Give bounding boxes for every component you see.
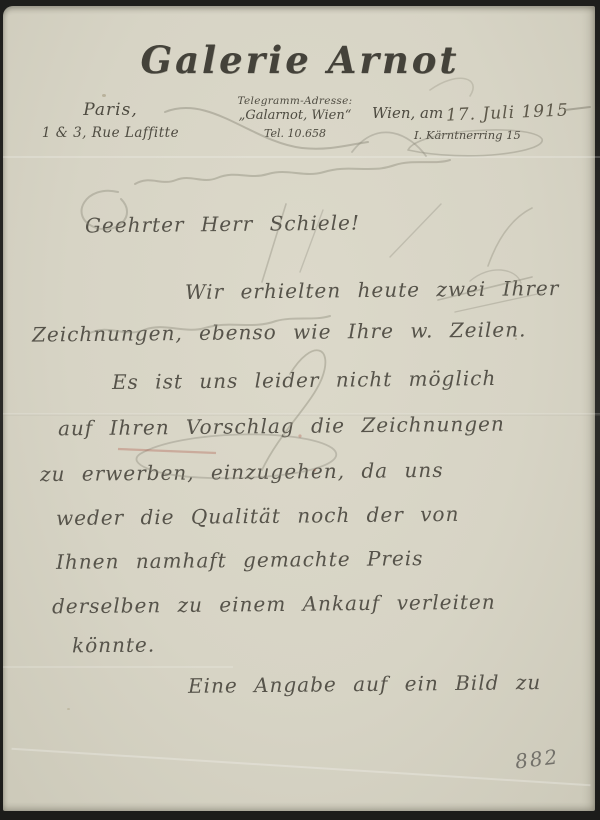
handwritten-date: 17. Juli 1915: [446, 100, 570, 125]
handwritten-line: derselben zu einem Ankauf verleiten: [52, 590, 496, 619]
paper-crease: [3, 156, 600, 158]
handwritten-line: Ihnen namhaft gemachte Preis: [56, 546, 424, 574]
paper-speck: [67, 708, 70, 710]
paper-speck: [102, 94, 106, 97]
paper-crease: [3, 666, 233, 668]
letterhead-telegram-label: Telegramm-Adresse:: [224, 95, 366, 107]
salutation-line: Geehrter Herr Schiele!: [85, 211, 360, 238]
handwritten-line: auf Ihren Vorschlag die Zeichnungen: [58, 412, 505, 441]
letterhead-paris-city: Paris,: [28, 100, 193, 120]
letterhead-gallery-name: Galerie Arnot: [0, 38, 600, 82]
handwritten-line: könnte.: [72, 633, 155, 658]
handwritten-line: weder die Qualität noch der von: [56, 502, 460, 530]
letterhead-telephone: Tel. 10.658: [224, 127, 366, 140]
paper-crease: [12, 748, 591, 786]
letterhead-date-block: Wien, am17. Juli 1915 I. Kärntnerring 15: [372, 103, 592, 142]
letterhead-city-date-label: Wien, am: [372, 104, 443, 122]
handwritten-line: zu erwerben, einzugehen, da uns: [40, 458, 444, 486]
handwritten-line: Wir erhielten heute zwei Ihrer: [185, 276, 560, 304]
letterhead-street-address: I. Kärntnerring 15: [414, 128, 592, 142]
letterhead-paris-street: 1 & 3, Rue Laffitte: [28, 125, 193, 141]
handwritten-line: Eine Angabe auf ein Bild zu: [188, 670, 541, 698]
handwritten-line: Es ist uns leider nicht möglich: [112, 366, 497, 394]
letterhead-telegram-address: „Galarnot, Wien“: [224, 108, 366, 123]
letterhead-paris-block: Paris, 1 & 3, Rue Laffitte: [28, 100, 193, 141]
letterhead-telegram-block: Telegramm-Adresse: „Galarnot, Wien“ Tel.…: [224, 95, 366, 140]
